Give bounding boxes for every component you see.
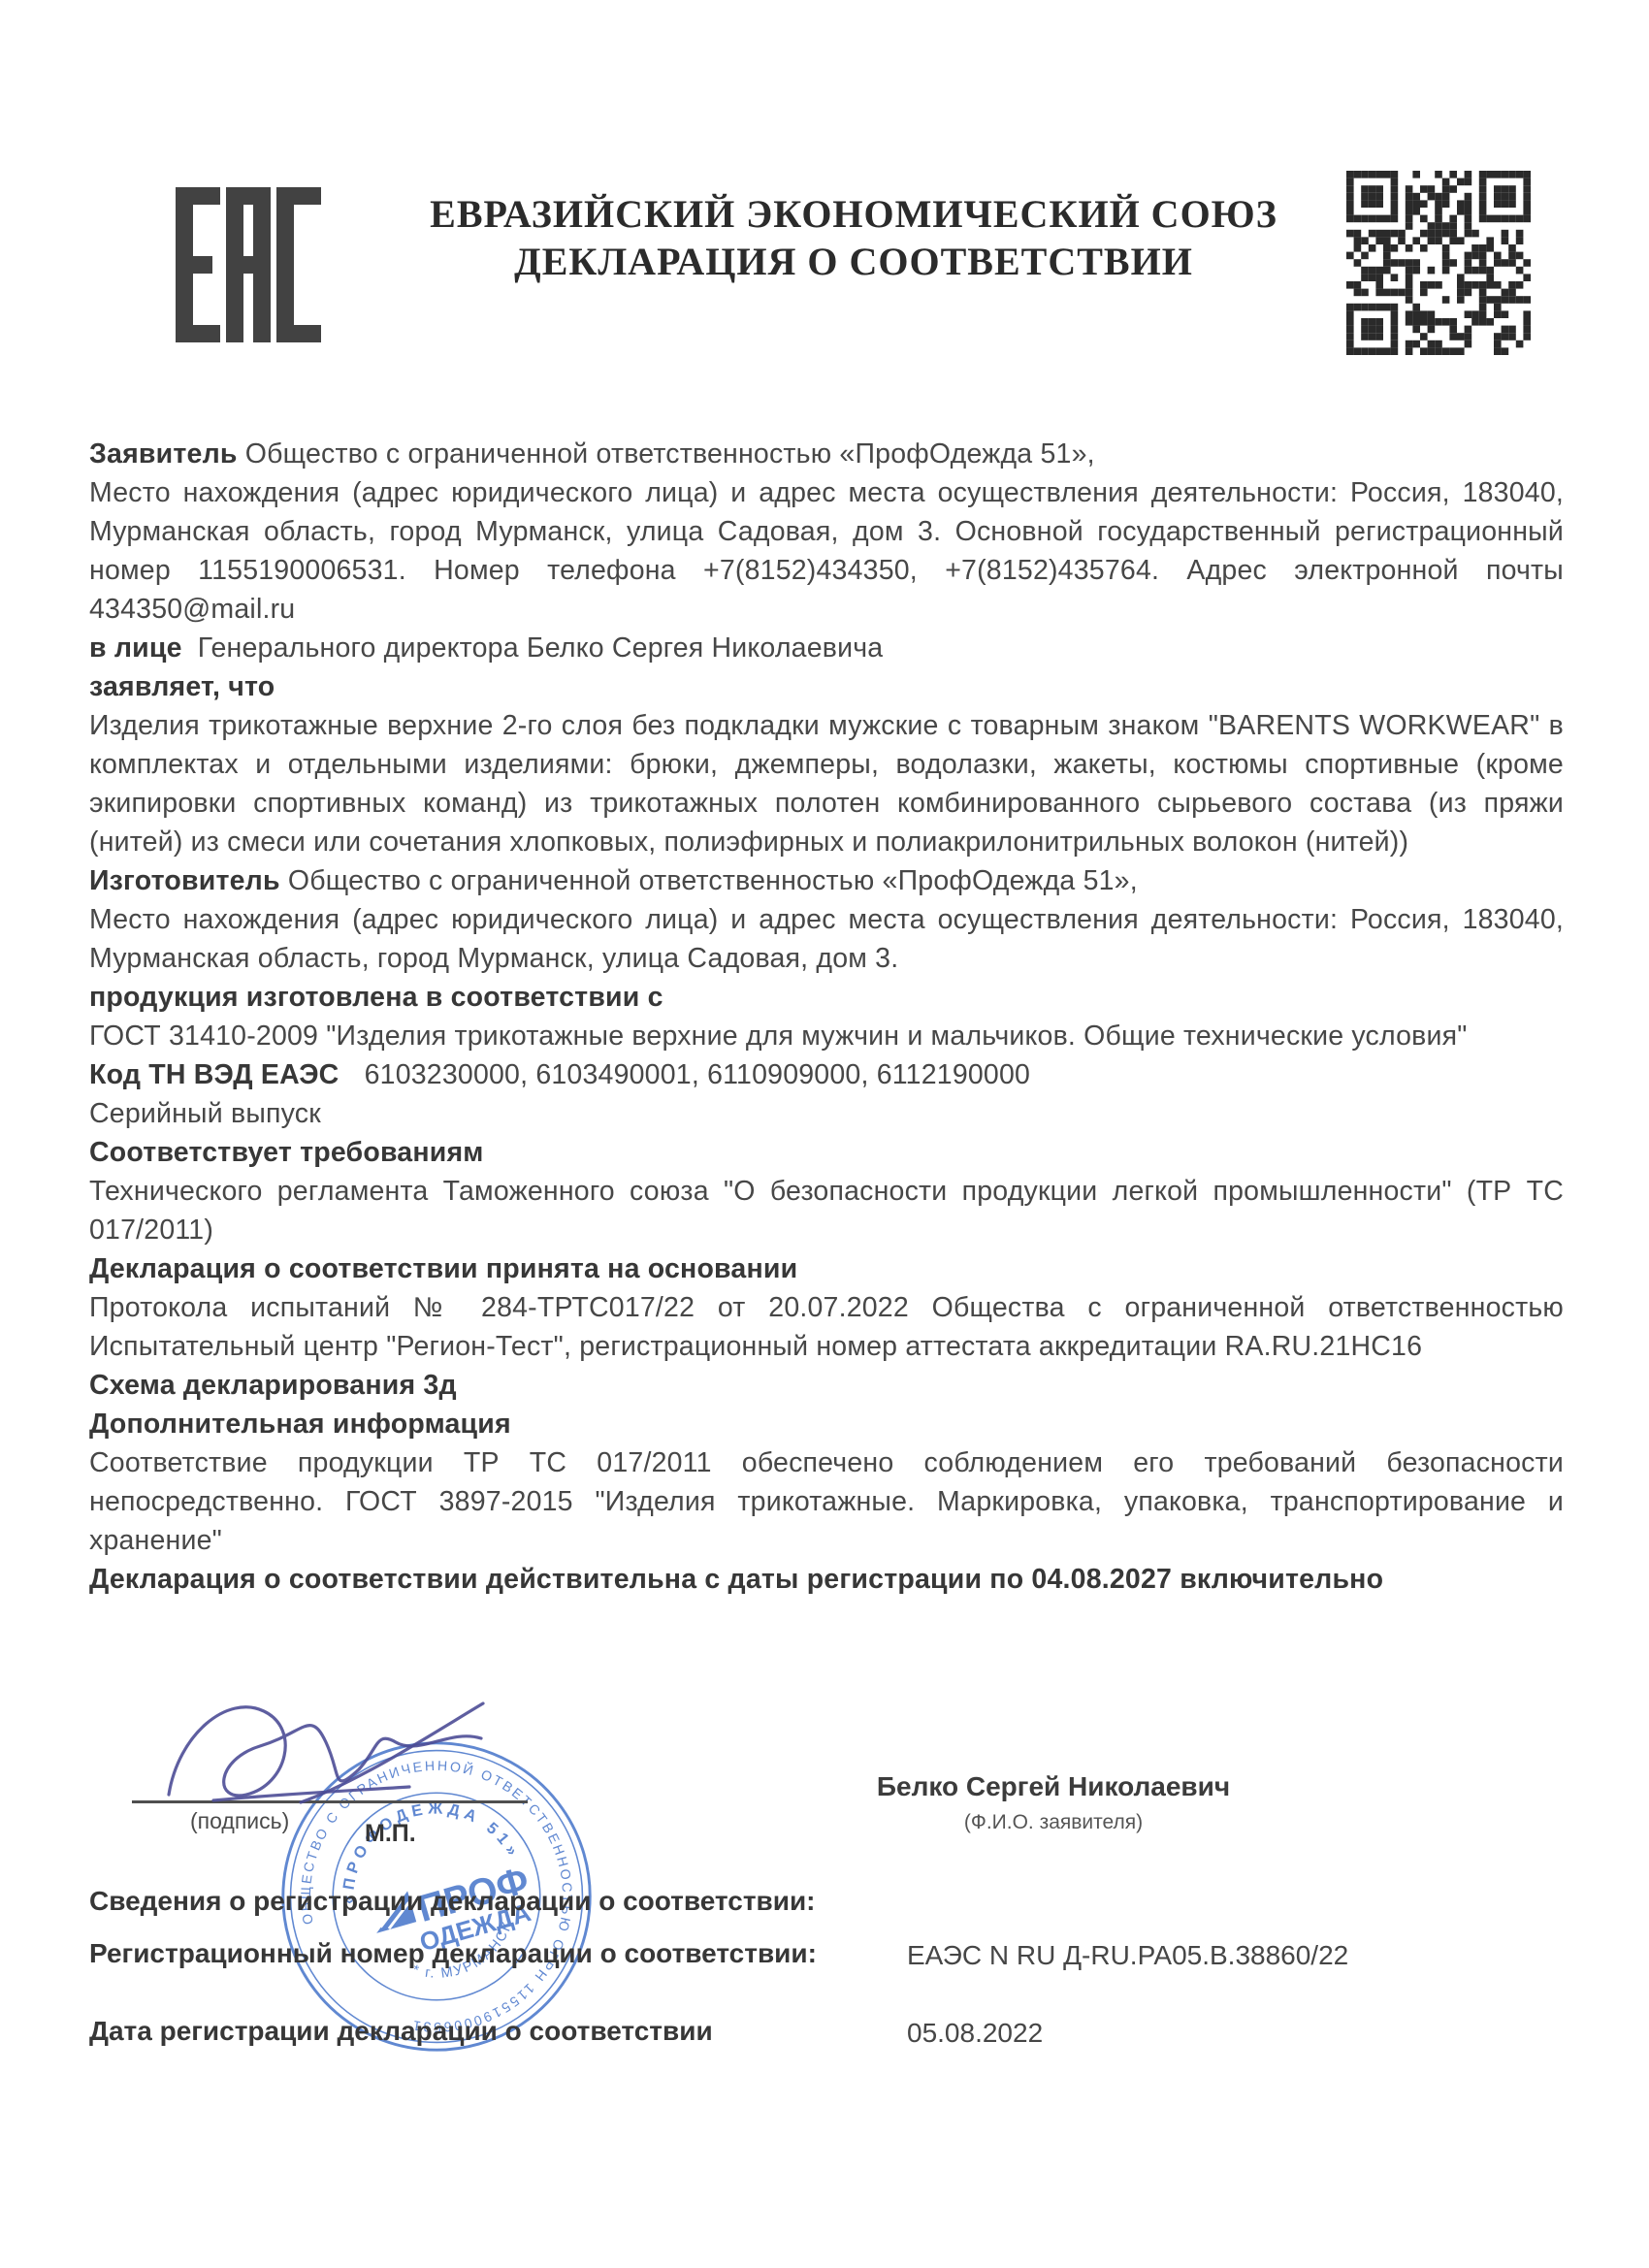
standard-value: ГОСТ 31410-2009 "Изделия трикотажные вер… [89, 1017, 1564, 1055]
additional-value: Соответствие продукции ТР ТС 017/2011 об… [89, 1443, 1564, 1560]
in-person-value: Генерального директора Белко Сергея Нико… [198, 632, 884, 664]
signature-caption: (подпись) [190, 1808, 289, 1834]
registration-number-label: Регистрационный номер декларации о соотв… [89, 1938, 817, 1969]
qr-code [1346, 171, 1531, 355]
applicant-value: Общество с ограниченной ответственностью… [245, 438, 1095, 470]
declarant-caption: (Ф.И.О. заявителя) [873, 1811, 1234, 1834]
declares-row: заявляет, что [89, 667, 1564, 706]
tnved-codes: 6103230000, 6103490001, 6110909000, 6112… [365, 1059, 1031, 1090]
declarant-block: Белко Сергей Николаевич (Ф.И.О. заявител… [873, 1771, 1234, 1834]
manufacturer-label: Изготовитель [89, 865, 280, 896]
additional-label: Дополнительная информация [89, 1409, 511, 1440]
applicant-row: Заявитель Общество с ограниченной ответс… [89, 435, 1564, 473]
in-person-row: в лице Генерального директора Белко Серг… [89, 629, 1564, 667]
made-in-accordance-label: продукция изготовлена в соответствии с [89, 982, 663, 1013]
complies-value: Технического регламента Таможенного союз… [89, 1172, 1564, 1249]
applicant-address: Место нахождения (адрес юридического лиц… [89, 473, 1564, 629]
applicant-label: Заявитель [89, 438, 238, 470]
complies-row: Соответствует требованиям [89, 1133, 1564, 1172]
registration-date-label: Дата регистрации декларации о соответств… [89, 2016, 713, 2047]
seal-place-label: М.П. [365, 1820, 416, 1848]
document-title: ЕВРАЗИЙСКИЙ ЭКОНОМИЧЕСКИЙ СОЮЗ ДЕКЛАРАЦИ… [388, 190, 1319, 285]
registration-number-value: ЕАЭС N RU Д-RU.РА05.В.38860/22 [907, 1940, 1348, 1971]
manufacturer-address: Место нахождения (адрес юридического лиц… [89, 900, 1564, 978]
document-title-line1: ЕВРАЗИЙСКИЙ ЭКОНОМИЧЕСКИЙ СОЮЗ [388, 190, 1319, 238]
declaration-document: ЕВРАЗИЙСКИЙ ЭКОНОМИЧЕСКИЙ СОЮЗ ДЕКЛАРАЦИ… [0, 0, 1649, 2268]
scheme-label: Схема декларирования 3д [89, 1370, 457, 1401]
manufacturer-row: Изготовитель Общество с ограниченной отв… [89, 861, 1564, 900]
in-person-label: в лице [89, 632, 182, 664]
eac-logo-icon [176, 186, 321, 343]
signature [155, 1686, 563, 1812]
additional-label-row: Дополнительная информация [89, 1405, 1564, 1443]
registration-info-label: Сведения о регистрации декларации о соот… [89, 1886, 816, 1917]
tnved-row: Код ТН ВЭД ЕАЭС 6103230000, 6103490001, … [89, 1055, 1564, 1094]
basis-value: Протокола испытаний № 284-ТРТС017/22 от … [89, 1288, 1564, 1366]
complies-label: Соответствует требованиям [89, 1137, 484, 1168]
manufacturer-value: Общество с ограниченной ответственностью… [288, 865, 1138, 896]
product-description: Изделия трикотажные верхние 2-го слоя бе… [89, 706, 1564, 861]
declaration-body: Заявитель Общество с ограниченной ответс… [89, 435, 1564, 1599]
basis-label: Декларация о соответствии принята на осн… [89, 1253, 797, 1284]
document-title-line2: ДЕКЛАРАЦИЯ О СООТВЕТСТВИИ [388, 238, 1319, 285]
made-in-accordance-row: продукция изготовлена в соответствии с [89, 978, 1564, 1017]
declares-label: заявляет, что [89, 671, 275, 702]
scheme-row: Схема декларирования 3д [89, 1366, 1564, 1405]
registration-date-value: 05.08.2022 [907, 2018, 1043, 2049]
serial-row: Серийный выпуск [89, 1094, 1564, 1133]
declarant-name: Белко Сергей Николаевич [873, 1771, 1234, 1802]
validity-statement: Декларация о соответствии действительна … [89, 1560, 1564, 1599]
tnved-label: Код ТН ВЭД ЕАЭС [89, 1059, 339, 1090]
basis-row: Декларация о соответствии принята на осн… [89, 1249, 1564, 1288]
